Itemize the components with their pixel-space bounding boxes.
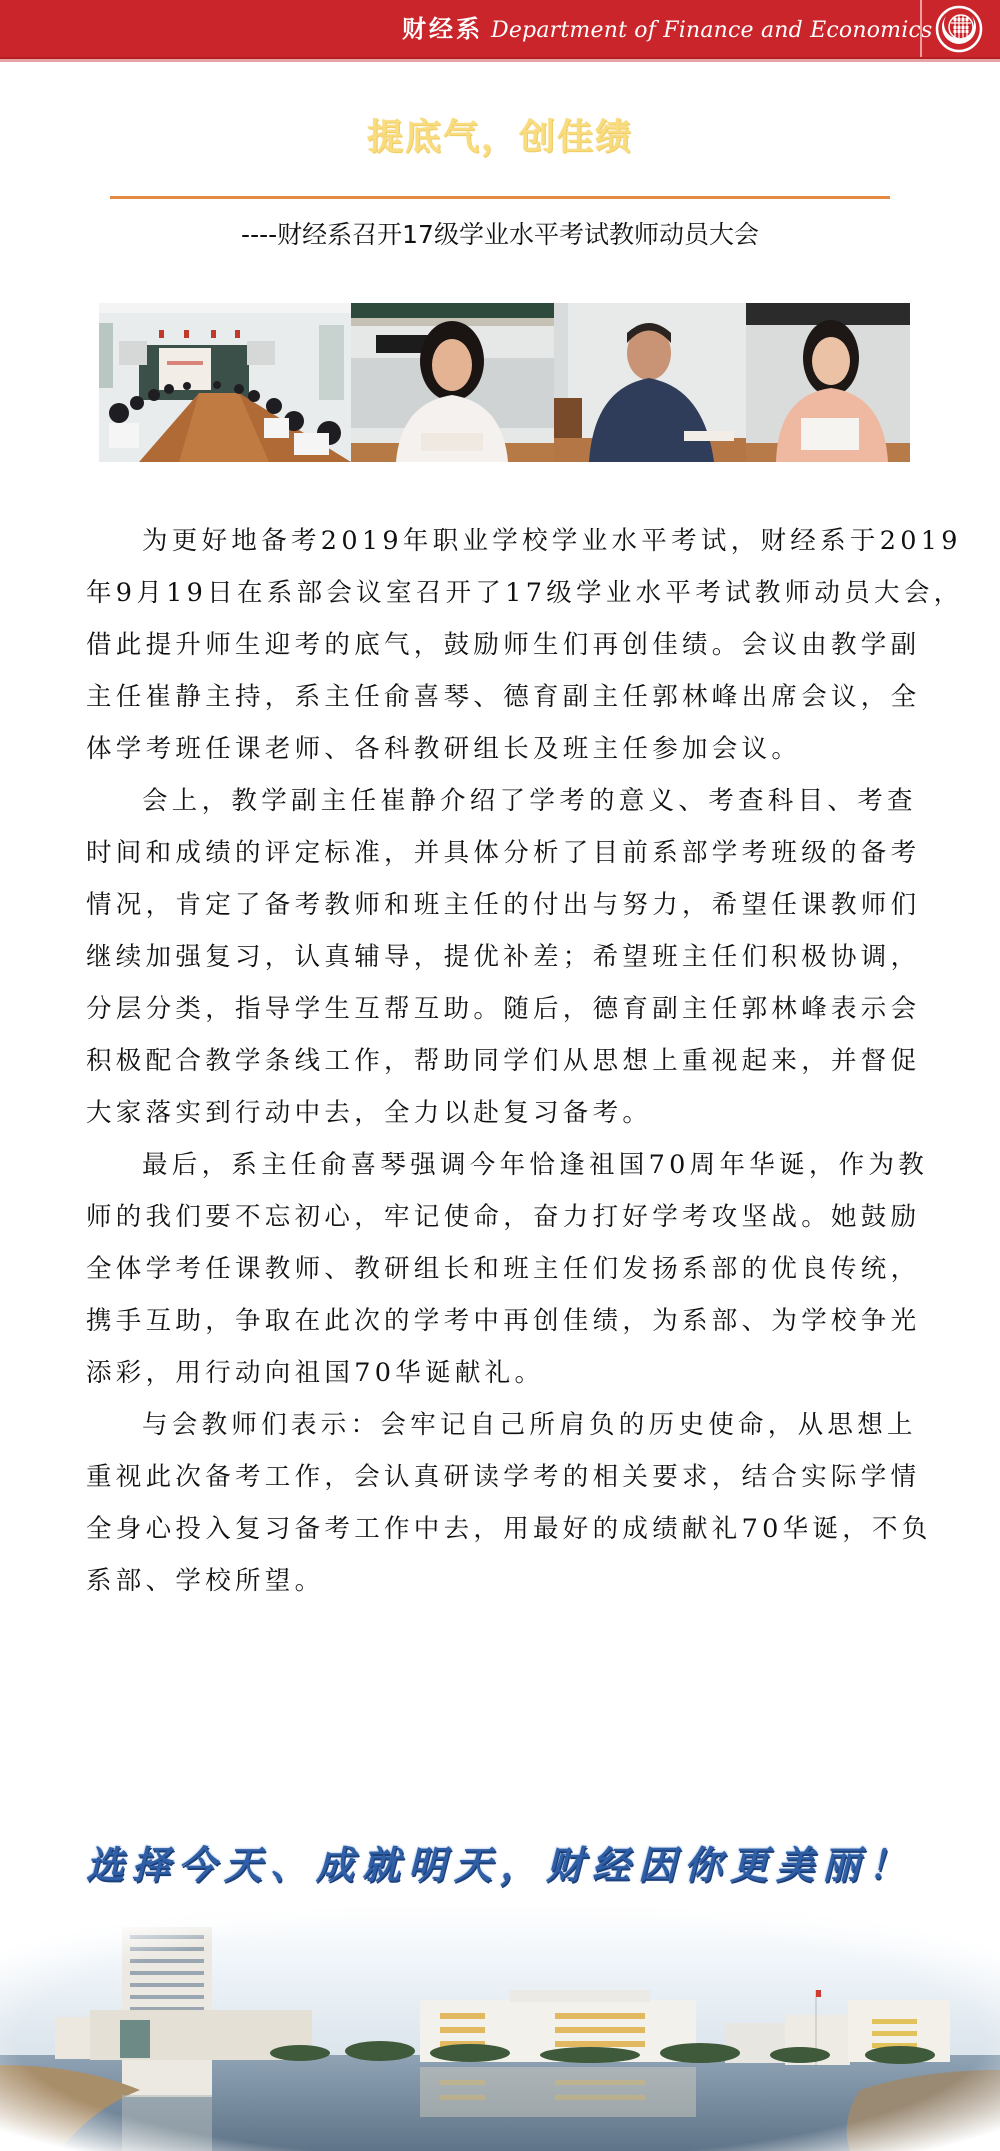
paragraph-line: 情况，肯定了备考教师和班主任的付出与努力，希望任课教师们 — [86, 879, 916, 931]
paragraph-line: 主任崔静主持，系主任俞喜琴、德育副主任郭林峰出席会议，全 — [86, 671, 916, 723]
article-body: 为更好地备考2019年职业学校学业水平考试，财经系于2019 年9月19日在系部… — [86, 515, 916, 1607]
paragraph-line: 全身心投入复习备考工作中去，用最好的成绩献礼70华诞，不负 — [86, 1503, 916, 1555]
paragraph-2: 会上，教学副主任崔静介绍了学考的意义、考查科目、考查 时间和成绩的评定标准，并具… — [86, 775, 916, 1139]
paragraph-4: 与会教师们表示：会牢记自己所肩负的历史使命，从思想上 重视此次备考工作，会认真研… — [86, 1399, 916, 1607]
department-title-cn: 财经系 — [402, 14, 483, 43]
photo-speaker-3 — [746, 303, 910, 462]
paragraph-3: 最后，系主任俞喜琴强调今年恰逢祖国70周年华诞，作为教 师的我们要不忘初心，牢记… — [86, 1139, 916, 1399]
photo-meeting-room — [99, 303, 351, 462]
paragraph-line: 与会教师们表示：会牢记自己所肩负的历史使命，从思想上 — [86, 1399, 916, 1451]
paragraph-line: 时间和成绩的评定标准，并具体分析了目前系部学考班级的备考 — [86, 827, 916, 879]
footer-slogan: 选择今天、成就明天，财经因你更美丽！ — [0, 1835, 1000, 1895]
paragraph-line: 借此提升师生迎考的底气，鼓励师生们再创佳绩。会议由教学副 — [86, 619, 916, 671]
paragraph-line: 系部、学校所望。 — [86, 1555, 916, 1607]
paragraph-line: 会上，教学副主任崔静介绍了学考的意义、考查科目、考查 — [86, 775, 916, 827]
paragraph-line: 添彩，用行动向祖国70华诞献礼。 — [86, 1347, 916, 1399]
paragraph-line: 积极配合教学条线工作，帮助同学们从思想上重视起来，并督促 — [86, 1035, 916, 1087]
paragraph-line: 体学考班任课老师、各科教研组长及班主任参加会议。 — [86, 723, 916, 775]
paragraph-line: 大家落实到行动中去，全力以赴复习备考。 — [86, 1087, 916, 1139]
paragraph-line: 为更好地备考2019年职业学校学业水平考试，财经系于2019 — [86, 515, 916, 567]
article-subtitle: ----财经系召开17级学业水平考试教师动员大会 — [0, 215, 1000, 255]
paragraph-line: 年9月19日在系部会议室召开了17级学业水平考试教师动员大会， — [86, 567, 916, 619]
department-title-en: Department of Finance and Economics — [491, 18, 932, 43]
article-title: 提底气，创佳绩 — [0, 113, 1000, 163]
paragraph-line: 携手互助，争取在此次的学考中再创佳绩，为系部、为学校争光 — [86, 1295, 916, 1347]
header-divider — [920, 0, 922, 57]
paragraph-line: 师的我们要不忘初心，牢记使命，奋力打好学考攻坚战。她鼓励 — [86, 1191, 916, 1243]
campus-panorama-image — [0, 1905, 1000, 2151]
paragraph-1: 为更好地备考2019年职业学校学业水平考试，财经系于2019 年9月19日在系部… — [86, 515, 916, 775]
paragraph-line: 最后，系主任俞喜琴强调今年恰逢祖国70周年华诞，作为教 — [86, 1139, 916, 1191]
abacus-emblem-icon — [934, 4, 984, 54]
paragraph-line: 全体学考任课教师、教研组长和班主任们发扬系部的优良传统， — [86, 1243, 916, 1295]
department-title: 财经系Department of Finance and Economics — [402, 12, 892, 46]
photo-strip — [99, 303, 910, 462]
photo-speaker-2 — [554, 303, 746, 462]
photo-speaker-1 — [351, 303, 554, 462]
paragraph-line: 分层分类，指导学生互帮互助。随后，德育副主任郭林峰表示会 — [86, 983, 916, 1035]
header-bar: 财经系Department of Finance and Economics — [0, 0, 1000, 59]
paragraph-line: 继续加强复习，认真辅导，提优补差；希望班主任们积极协调， — [86, 931, 916, 983]
title-divider — [110, 196, 890, 199]
paragraph-line: 重视此次备考工作，会认真研读学考的相关要求，结合实际学情 — [86, 1451, 916, 1503]
